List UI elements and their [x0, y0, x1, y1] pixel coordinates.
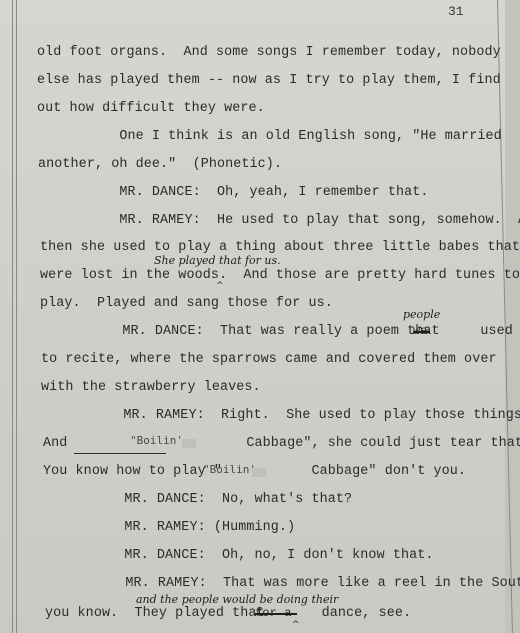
text-line: MR. RAMEY: Right. She used to play those… — [42, 408, 520, 423]
text-line: out how difficult they were. — [37, 101, 265, 116]
text-line: MR. DANCE: Oh, no, I don't know that. — [43, 548, 434, 563]
insertion-caret: ^ — [216, 281, 224, 291]
transcript-page: 31 old foot organs. And some songs I rem… — [0, 0, 520, 633]
text-line: MR. RAMEY: (Humming.) — [43, 520, 295, 535]
page-number: 31 — [448, 4, 464, 19]
text-line: you know. They played that dance, see. — [45, 606, 411, 621]
text-line: then she used to play a thing about thre… — [40, 240, 520, 255]
handwritten-insert: and the people would be doing their — [136, 593, 338, 606]
handwritten-insert: She played that for us. — [154, 254, 281, 267]
text-line: were lost in the woods. And those are pr… — [40, 268, 520, 283]
fill-in-blank — [74, 453, 166, 454]
text-line: else has played them -- now as I try to … — [37, 73, 501, 88]
strikethrough-mark — [255, 613, 297, 615]
text-line: And Cabbage", she could just tear that u… — [43, 436, 520, 451]
margin-rule-left-inner — [16, 0, 17, 633]
text-line: MR. RAMEY: He used to play that song, so… — [38, 213, 520, 228]
text-line: old foot organs. And some songs I rememb… — [37, 45, 501, 60]
text-line: play. Played and sang those for us. — [40, 296, 333, 311]
text-line: to recite, where the sparrows came and c… — [41, 352, 497, 367]
insertion-caret: ^ — [292, 620, 300, 630]
text-line: another, oh dee." (Phonetic). — [38, 157, 282, 172]
correction-smudge — [182, 439, 196, 448]
correction-smudge — [252, 468, 266, 477]
typed-insert: "Boilin' — [130, 434, 183, 447]
handwritten-insert: people — [403, 308, 440, 321]
text-line: One I think is an old English song, "He … — [38, 129, 502, 144]
strikethrough-mark — [413, 331, 430, 333]
margin-rule-left-outer — [12, 0, 13, 633]
page-edge-shadow — [505, 0, 520, 633]
typed-insert: "Boilin' — [203, 463, 256, 476]
text-line: with the strawberry leaves. — [41, 380, 261, 395]
text-line: MR. DANCE: Oh, yeah, I remember that. — [38, 185, 429, 200]
text-line: MR. DANCE: That was really a poem that u… — [41, 324, 513, 339]
text-line: MR. DANCE: No, what's that? — [43, 492, 352, 507]
text-line: MR. RAMEY: That was more like a reel in … — [44, 576, 520, 591]
